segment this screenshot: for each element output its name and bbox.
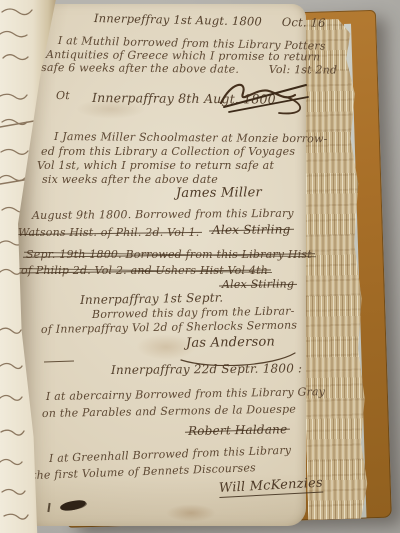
entry-miller-line4: six weeks after the above date bbox=[42, 174, 218, 186]
signature-james-miller: James Miller bbox=[176, 187, 262, 200]
entry-sep19-line2: of Philip 2d. Vol 2. and Ushers Hist Vol… bbox=[21, 265, 268, 277]
pen-mark bbox=[47, 503, 50, 512]
entry-muthil-line3: safe 6 weeks after the above date. Vol: … bbox=[41, 62, 337, 77]
entry-haldane-line2: on the Parables and Sermons de la Douesp… bbox=[42, 404, 296, 420]
register-page: Innerpeffray 1st Augt. 1800 Oct. 16 I at… bbox=[16, 4, 306, 526]
entry-heading-sep22: Innerpaffray 22d Septr. 1800 : bbox=[111, 362, 302, 376]
signature-alex-stirling-1: Alex Stirling bbox=[212, 223, 291, 236]
entry-miller-line1: I James Miller Schoolmaster at Monzie bo… bbox=[54, 131, 328, 145]
page-stain bbox=[166, 504, 216, 522]
crossed-out-signature-scribble bbox=[216, 76, 312, 120]
entry-aug9-line2: Watsons Hist. of Phil. 2d. Vol 1. bbox=[18, 227, 199, 239]
entry-miller-line2: ed from this Library a Collection of Voy… bbox=[41, 146, 295, 158]
entry-miller-line3: Vol 1st, which I promise to return safe … bbox=[37, 160, 274, 172]
signature-alex-stirling-2: Alex Stirling bbox=[222, 278, 294, 291]
heading-aug1-date: Innerpeffray 1st Augt. 1800 bbox=[94, 11, 262, 29]
separator-dash bbox=[44, 360, 74, 362]
entry-heading-aug1: Innerpeffray 1st Augt. 1800 Oct. 16 bbox=[94, 12, 326, 29]
signature-jas-anderson: Jas Anderson bbox=[186, 336, 275, 350]
entry-anderson-line1: Innerpaffray 1st Septr. bbox=[80, 291, 224, 305]
entry-haldane-line1: I at abercairny Borrowed from this Libra… bbox=[46, 386, 325, 403]
entry-anderson-line3: of Innerpaffray Vol 2d of Sherlocks Serm… bbox=[41, 320, 297, 336]
entry-aug9-struck-title: Watsons Hist. of Phil. 2d. Vol 1. bbox=[18, 227, 199, 239]
entry-aug9-line1: August 9th 1800. Borrowed from this Libr… bbox=[32, 208, 294, 222]
signature-robert-haldane: Robert Haldane bbox=[188, 423, 288, 437]
ink-blot bbox=[59, 499, 86, 512]
photo-open-register-book: Innerpeffray 1st Augt. 1800 Oct. 16 I at… bbox=[0, 0, 400, 533]
signature-will-mckenzie: Will McKenzies bbox=[219, 478, 323, 495]
entry-aug8-margin-mark: Ot bbox=[56, 90, 70, 102]
entry-sep19-line1: Sepr. 19th 1800. Borrowed from this Libr… bbox=[26, 249, 312, 261]
entry-mckenzie-line2: the first Volume of Bennets Discourses bbox=[32, 462, 256, 482]
heading-aug1-note: Oct. 16 bbox=[282, 15, 326, 30]
entry-muthil-line3-text: safe 6 weeks after the above date. bbox=[41, 61, 239, 76]
entry-muthil-volumes: Vol: 1st 2nd bbox=[269, 63, 337, 77]
